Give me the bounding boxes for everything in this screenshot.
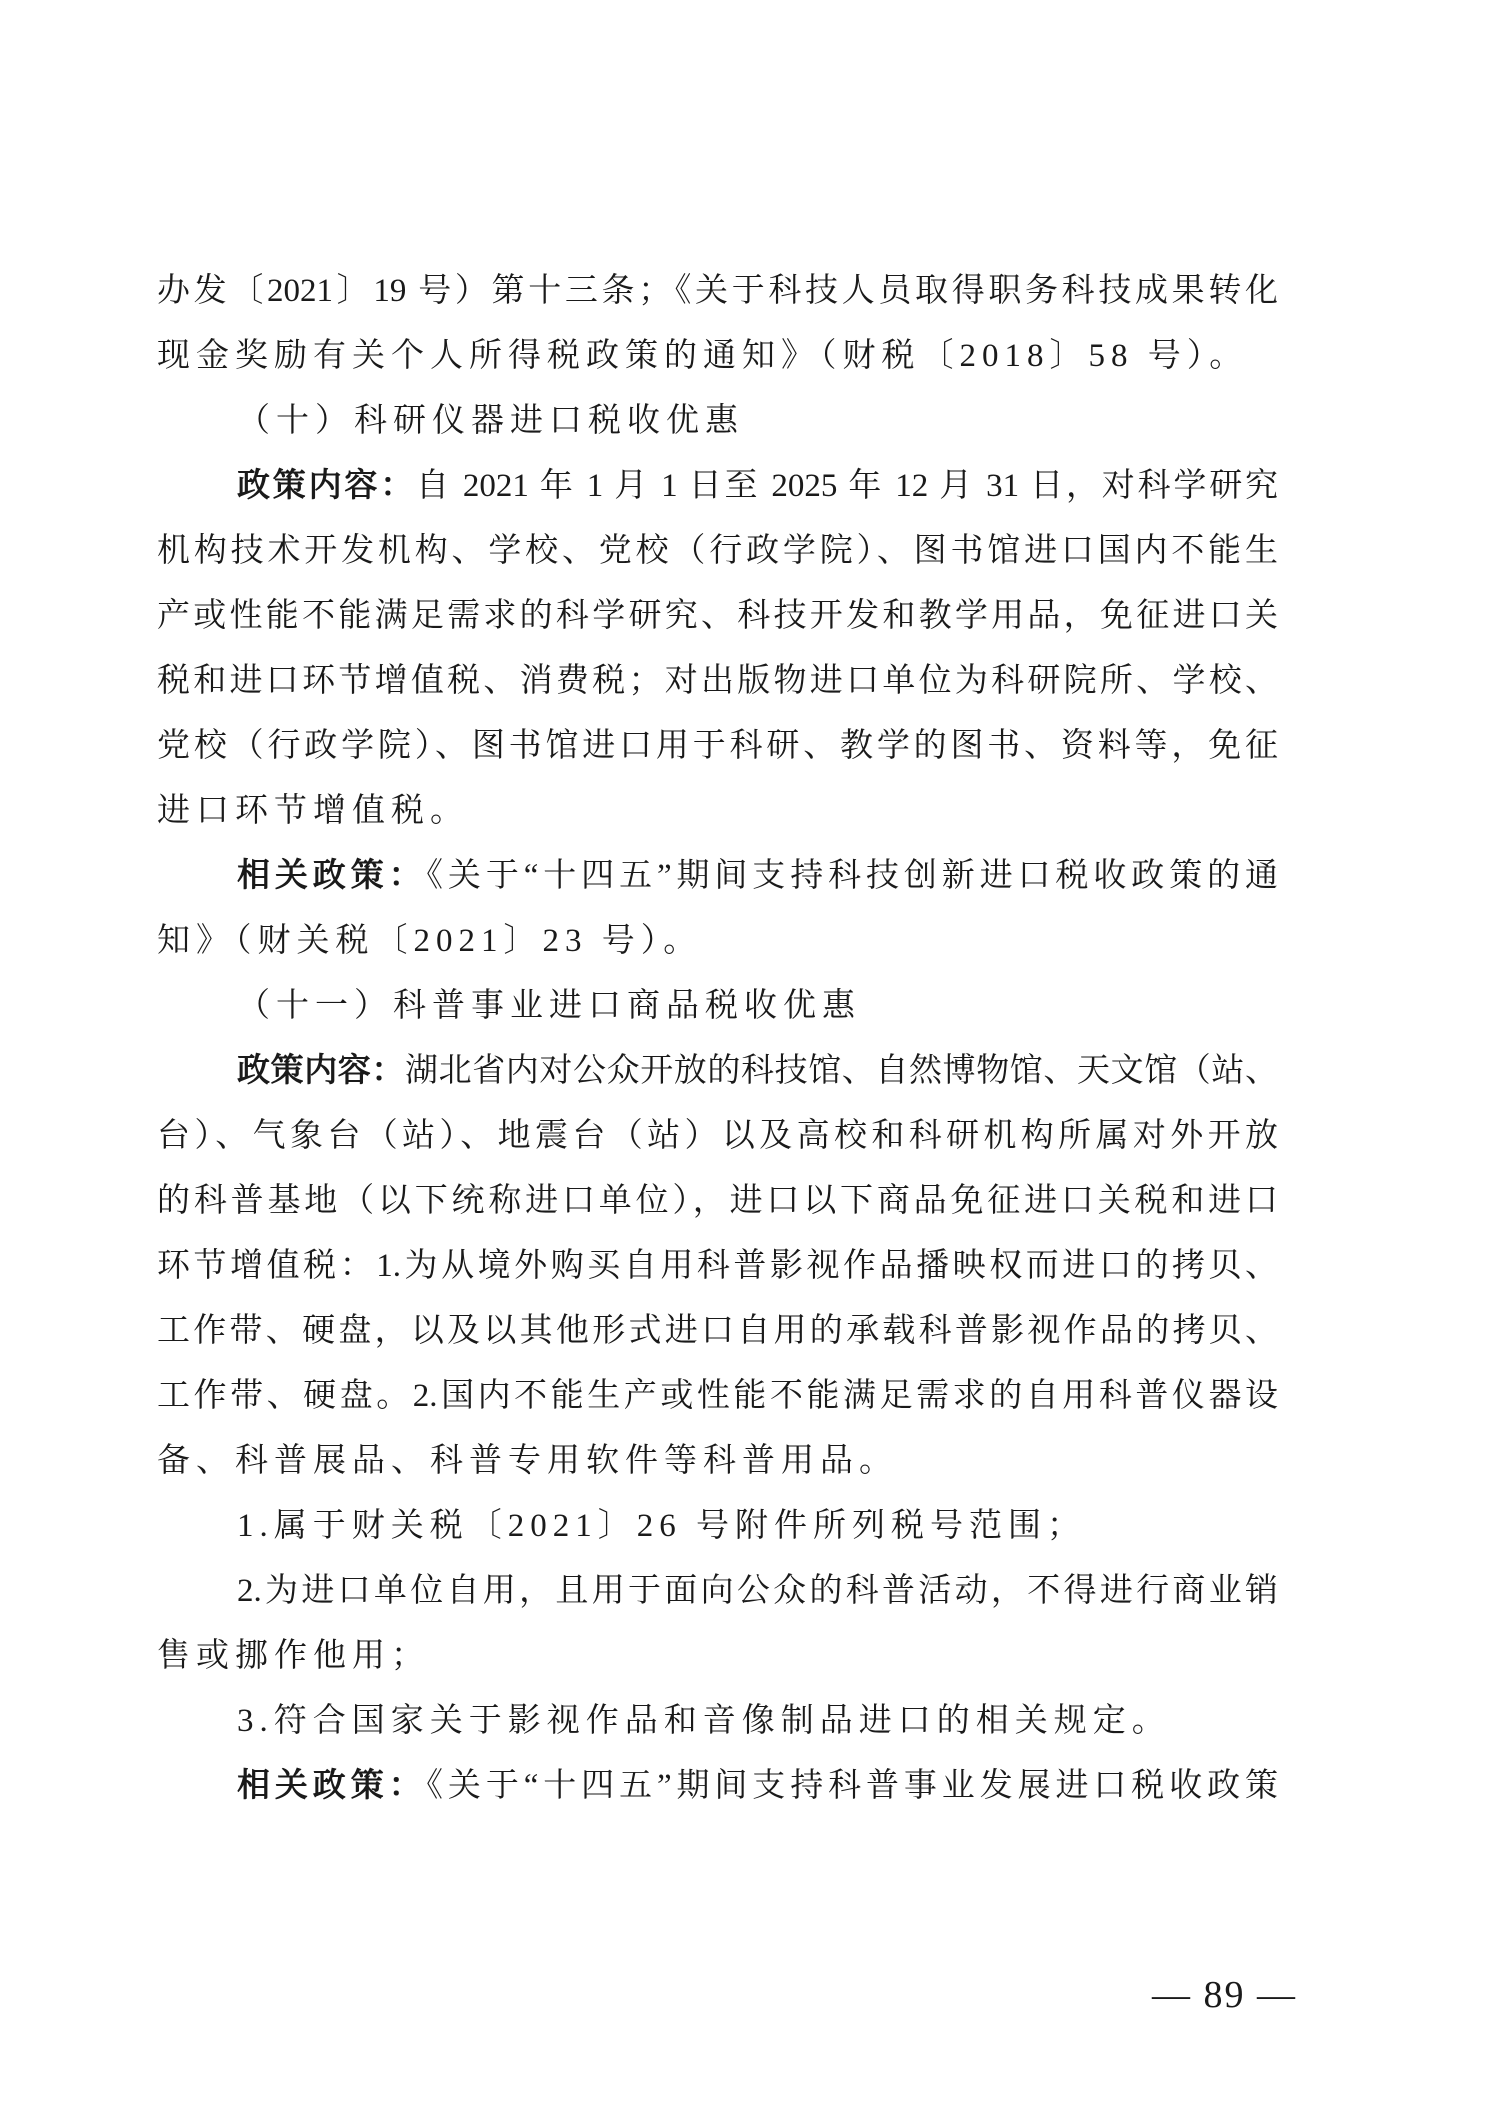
text-segment: 税和进口环节增值税、消费税；对出版物进口单位为科研院所、学校、 (157, 663, 1278, 699)
text-segment: 知》（财关税〔2021〕23 号）。 (157, 923, 702, 959)
text-line: 售或挪作他用； (157, 1624, 1278, 1689)
text-segment: 《关于“十四五”期间支持科普事业发展进口税收政策 (427, 1768, 1279, 1804)
text-line: 相关政策：《关于“十四五”期间支持科普事业发展进口税收政策 (157, 1754, 1278, 1819)
text-line: 工作带、硬盘，以及以其他形式进口自用的承载科普影视作品的拷贝、 (157, 1299, 1278, 1364)
text-line: 税和进口环节增值税、消费税；对出版物进口单位为科研院所、学校、 (157, 649, 1278, 714)
text-segment: 备、科普展品、科普专用软件等科普用品。 (157, 1443, 898, 1479)
text-line: 进口环节增值税。 (157, 779, 1278, 844)
text-line: 环节增值税：1.为从境外购买自用科普影视作品播映权而进口的拷贝、 (157, 1234, 1278, 1299)
text-line: 备、科普展品、科普专用软件等科普用品。 (157, 1429, 1278, 1494)
text-segment: 售或挪作他用； (157, 1638, 430, 1674)
text-segment: 自 2021 年 1 月 1 日至 2025 年 12 月 31 日，对科学研究 (416, 468, 1278, 504)
text-line: 相关政策：《关于“十四五”期间支持科技创新进口税收政策的通 (157, 844, 1278, 909)
text-segment: 2.为进口单位自用，且用于面向公众的科普活动，不得进行商业销 (237, 1573, 1278, 1609)
page-number: — 89 — (1152, 1972, 1297, 2018)
bold-label: 政策内容： (237, 468, 416, 504)
text-segment: 3.符合国家关于影视作品和音像制品进口的相关规定。 (237, 1703, 1171, 1739)
text-segment: 办发〔2021〕19 号）第十三条；《关于科技人员取得职务科技成果转化 (157, 273, 1278, 309)
text-line: 1.属于财关税〔2021〕26 号附件所列税号范围； (157, 1494, 1278, 1559)
text-line: 办发〔2021〕19 号）第十三条；《关于科技人员取得职务科技成果转化 (157, 259, 1278, 324)
text-line: 的科普基地（以下统称进口单位），进口以下商品免征进口关税和进口 (157, 1169, 1278, 1234)
text-segment: 《关于“十四五”期间支持科技创新进口税收政策的通 (427, 858, 1279, 894)
text-line: （十）科研仪器进口税收优惠 (157, 389, 1278, 454)
text-line: 现金奖励有关个人所得税政策的通知》（财税〔2018〕58 号）。 (157, 324, 1278, 389)
document-page: 办发〔2021〕19 号）第十三条；《关于科技人员取得职务科技成果转化现金奖励有… (0, 0, 1486, 2103)
text-segment: 工作带、硬盘。2.国内不能生产或性能不能满足需求的自用科普仪器设 (157, 1378, 1278, 1414)
text-line: 政策内容：自 2021 年 1 月 1 日至 2025 年 12 月 31 日，… (157, 454, 1278, 519)
text-line: 工作带、硬盘。2.国内不能生产或性能不能满足需求的自用科普仪器设 (157, 1364, 1278, 1429)
text-line: 机构技术开发机构、学校、党校（行政学院）、图书馆进口国内不能生 (157, 519, 1278, 584)
bold-label: 政策内容： (237, 1053, 405, 1089)
text-line: 产或性能不能满足需求的科学研究、科技开发和教学用品，免征进口关 (157, 584, 1278, 649)
text-segment: 台）、气象台（站）、地震台（站）以及高校和科研机构所属对外开放 (157, 1118, 1278, 1154)
bold-label: 相关政策： (237, 1768, 427, 1804)
text-line: 政策内容：湖北省内对公众开放的科技馆、自然博物馆、天文馆（站、 (157, 1039, 1278, 1104)
text-line: 台）、气象台（站）、地震台（站）以及高校和科研机构所属对外开放 (157, 1104, 1278, 1169)
text-line: 党校（行政学院）、图书馆进口用于科研、教学的图书、资料等，免征 (157, 714, 1278, 779)
text-line: 3.符合国家关于影视作品和音像制品进口的相关规定。 (157, 1689, 1278, 1754)
text-segment: 工作带、硬盘，以及以其他形式进口自用的承载科普影视作品的拷贝、 (157, 1313, 1278, 1349)
text-segment: 的科普基地（以下统称进口单位），进口以下商品免征进口关税和进口 (157, 1183, 1278, 1219)
text-line: （十一）科普事业进口商品税收优惠 (157, 974, 1278, 1039)
text-segment: 环节增值税：1.为从境外购买自用科普影视作品播映权而进口的拷贝、 (157, 1248, 1278, 1284)
text-line: 2.为进口单位自用，且用于面向公众的科普活动，不得进行商业销 (157, 1559, 1278, 1624)
text-line: 知》（财关税〔2021〕23 号）。 (157, 909, 1278, 974)
bold-label: 相关政策： (237, 858, 427, 894)
text-segment: 进口环节增值税。 (157, 793, 469, 829)
text-segment: （十）科研仪器进口税收优惠 (237, 403, 744, 439)
text-segment: 湖北省内对公众开放的科技馆、自然博物馆、天文馆（站、 (405, 1053, 1278, 1089)
text-segment: 现金奖励有关个人所得税政策的通知》（财税〔2018〕58 号）。 (157, 338, 1248, 374)
text-segment: 1.属于财关税〔2021〕26 号附件所列税号范围； (237, 1508, 1086, 1544)
text-segment: 产或性能不能满足需求的科学研究、科技开发和教学用品，免征进口关 (157, 598, 1278, 634)
text-segment: 机构技术开发机构、学校、党校（行政学院）、图书馆进口国内不能生 (157, 533, 1278, 569)
text-segment: 党校（行政学院）、图书馆进口用于科研、教学的图书、资料等，免征 (157, 728, 1278, 764)
text-block: 办发〔2021〕19 号）第十三条；《关于科技人员取得职务科技成果转化现金奖励有… (157, 259, 1278, 1819)
text-segment: （十一）科普事业进口商品税收优惠 (237, 988, 861, 1024)
